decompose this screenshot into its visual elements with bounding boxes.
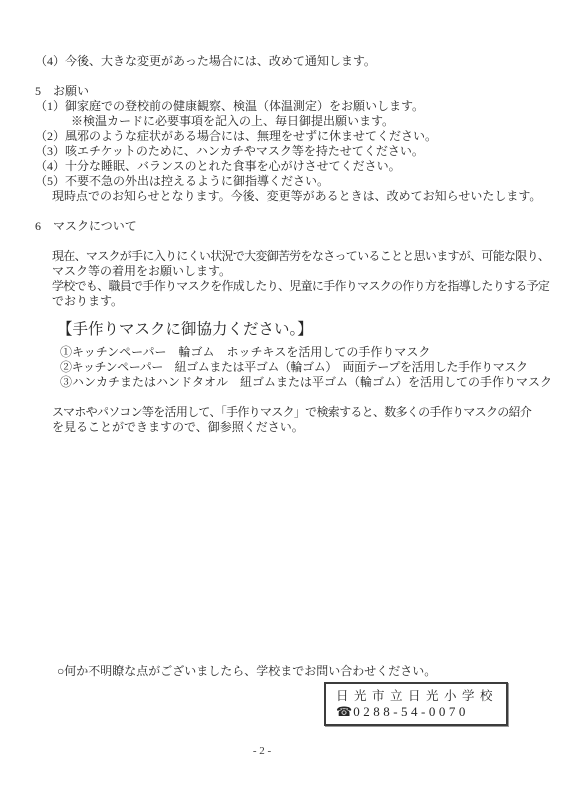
section5-item-4: （4）十分な睡眠、バランスのとれた食事を心がけさせてください。 [35, 159, 566, 174]
section6-heading: 6 マスクについて [35, 219, 566, 234]
section5-item-2: （2）風邪のような症状がある場合には、無理をせずに休ませてください。 [35, 129, 566, 144]
telephone-icon: ☎ [336, 704, 352, 719]
section6-paragraph1-line2: マスク等の着用をお願いします。 [52, 264, 566, 279]
mask-list-item-2: ②キッチンペーパー 紐ゴムまたは平ゴム（輪ゴム） 両面テープを活用した手作りマス… [60, 360, 566, 375]
school-contact-box: 日光市立日光小学校 ☎0288-54-0070 [324, 682, 508, 726]
mask-list-item-3: ③ハンカチまたはハンドタオル 紐ゴムまたは平ゴム（輪ゴム）を活用しての手作りマス… [60, 375, 566, 390]
section6-paragraph1-line1: 現在、マスクが手に入りにくい状況で大変御苦労をなさっていることと思いますが、可能… [52, 249, 566, 264]
section5-item-1-note: ※検温カードに必要事項を記入の上、毎日御提出願います。 [71, 114, 566, 129]
notice-item-4: （4）今後、大きな変更があった場合には、改めて通知します。 [35, 54, 566, 69]
mask-list-item-1: ①キッチンペーパー 輪ゴム ホッチキスを活用しての手作りマスク [60, 345, 566, 360]
phone-number: 0288-54-0070 [353, 704, 469, 719]
document-page: （4）今後、大きな変更があった場合には、改めて通知します。 5 お願い （1）御… [0, 0, 566, 800]
page-number: - 2 - [0, 745, 524, 758]
section5-item-1: （1）御家庭での登校前の健康観察、検温（体温測定）をお願いします。 [35, 99, 566, 114]
section5-closing-note: 現時点でのお知らせとなります。今後、変更等があるときは、改めてお知らせいたします… [52, 189, 566, 204]
section6-paragraph3-line1: スマホやパソコン等を活用して、「手作りマスク」で検索すると、数多くの手作りマスク… [52, 405, 566, 420]
section5-heading: 5 お願い [35, 84, 566, 99]
school-phone: ☎0288-54-0070 [336, 704, 506, 720]
section6-paragraph2-line1: 学校でも、職員で手作りマスクを作成したり、児童に手作りマスクの作り方を指導したり… [52, 279, 566, 294]
section5-item-5: （5）不要不急の外出は控えるように御指導ください。 [35, 174, 566, 189]
section6-paragraph2-line2: でおります。 [52, 294, 566, 309]
school-name: 日光市立日光小学校 [336, 688, 506, 704]
handmade-mask-callout-heading: 【手作りマスクに御協力ください。】 [57, 320, 566, 340]
contact-note: ○何か不明瞭な点がございましたら、学校までお問い合わせください。 [57, 664, 566, 679]
section5-item-3: （3）咳エチケットのために、ハンカチやマスク等を持たせてください。 [35, 144, 566, 159]
section6-paragraph3-line2: を見ることができますので、御参照ください。 [52, 420, 566, 435]
